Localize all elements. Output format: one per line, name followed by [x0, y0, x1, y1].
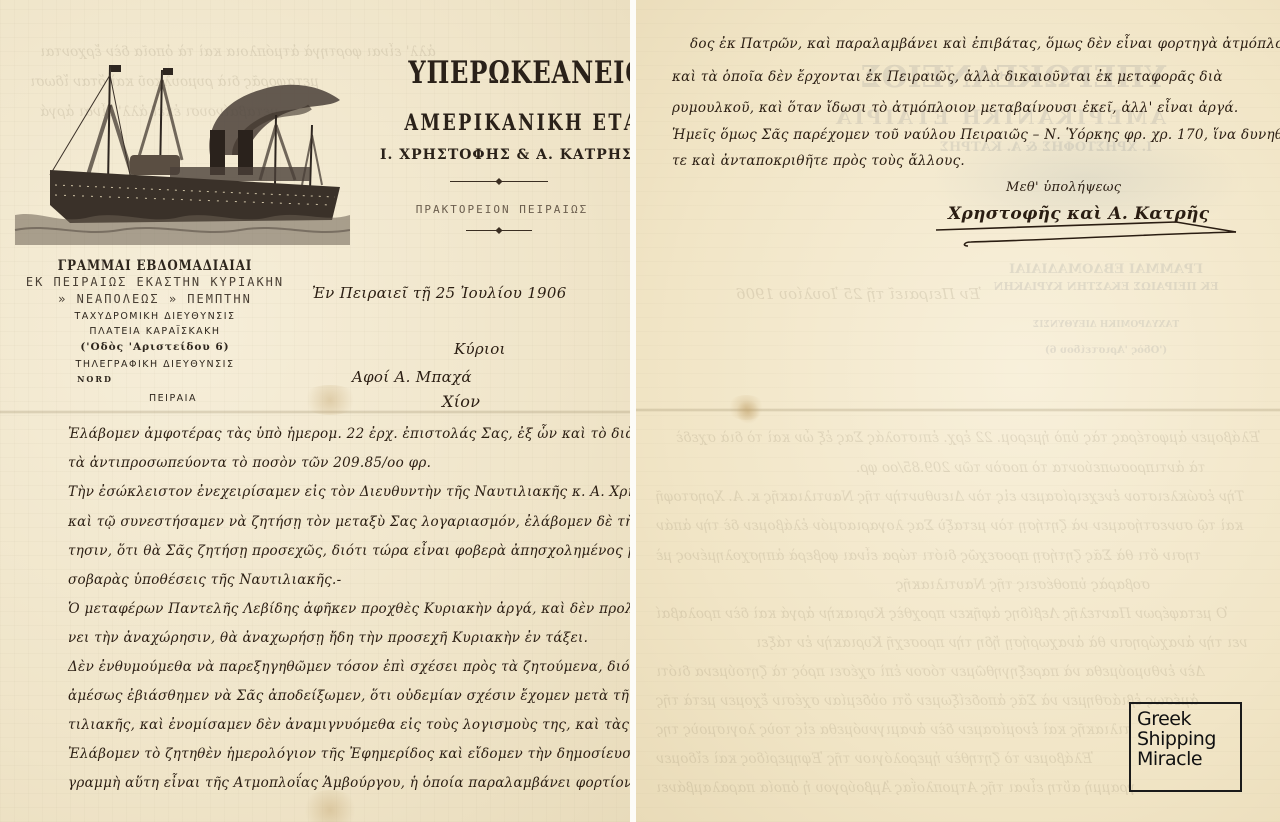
paper-stain [300, 385, 360, 415]
letter-line: καὶ τῷ συνεστήσαμεν νὰ ζητήσῃ τὸν μεταξὺ… [68, 514, 630, 530]
bleed-through-text: Δὲν ἐνθυμούμεθα νὰ παρεξηγηθῶμεν τόσον ἐ… [656, 664, 1205, 680]
bleed-through-address: ('Οδὸς 'Αριστείδου 6) [996, 345, 1216, 356]
left-page: ἀλλ' εἶναι φορτηγὰ ἀτμόπλοια καὶ τὰ ὁποῖ… [0, 0, 630, 822]
bleed-through-text: τὰ ἀντιπροσωπεύοντα τὸ ποσὸν τῶν 209.85/… [856, 460, 1205, 476]
telegraph-address-label: ΤΗΛΕΓΡΑΦΙΚΗ ΔΙΕΥΘΥΝΣΙΣ [0, 359, 310, 370]
letter-line: σοβαρὰς ὑποθέσεις τῆς Ναυτιλιακῆς.- [68, 572, 341, 588]
bleed-through-text: Ὁ μεταφέρων Παντελῆς Λεβίδης ἀφῆκεν προχ… [656, 606, 1228, 622]
bleed-through-text: ἀμέσως ἐβιάσθημεν νὰ Σᾶς ἀποδείξωμεν ὅτι… [656, 693, 1199, 709]
paper-stain [736, 400, 760, 424]
salutation: Κύριοι [454, 340, 506, 358]
bleed-through-text: τιλιακῆς καὶ ἐνομίσαμεν δὲν ἀναμιγνυόμεθ… [656, 722, 1131, 738]
letter-line: τιλιακῆς, καὶ ἐνομίσαμεν δὲν ἀναμιγνυόμε… [68, 717, 630, 733]
logo-line-2: Shipping [1137, 729, 1234, 749]
right-page: ΥΠΕΡΩΚΕΑΝΕΙΟΣ ΑΜΕΡΙΚΑΝΙΚΗ ΕΤΑΙΡΙΑ Ι. ΧΡΗ… [636, 0, 1280, 822]
company-title: ΥΠΕΡΩΚΕΑΝΕΙΟΣ [408, 55, 595, 91]
bleed-through-text: σοβαρὰς ὑποθέσεις τῆς Ναυτιλιακῆς [896, 577, 1150, 593]
logo-line-1: Greek [1137, 709, 1234, 729]
bleed-through-text: γραμμὴ αὕτη εἶναι τῆς Ατμοπλοΐας Ἁμβούργ… [656, 780, 1136, 796]
recipient-name: Αφοί Α. Μπαχά [352, 368, 472, 386]
letter-line: δος ἐκ Πατρῶν, καὶ παραλαμβάνει καὶ ἐπιβ… [690, 36, 1280, 52]
letter-line: τε καὶ ἀνταποκριθῆτε πρὸς τοὺς ἄλλους. [672, 153, 965, 169]
letter-line: γραμμὴ αὕτη εἶναι τῆς Ατμοπλοΐας Ἁμβούργ… [68, 775, 630, 791]
letter-line: καὶ τὰ ὁποῖα δὲν ἔρχονται ἐκ Πειραιῶς, ἀ… [672, 69, 1223, 85]
letter-line: Δὲν ἐνθυμούμεθα νὰ παρεξηγηθῶμεν τόσον ἐ… [68, 659, 630, 675]
route-line-2: » ΝΕΑΠΟΛΕΩΣ » ΠΕΜΠΤΗΝ [0, 292, 310, 306]
logo-line-3: Miracle [1137, 749, 1234, 769]
bleed-through-text: Ἐλάβομεν ἀμφοτέρας τὰς ὑπὸ ἡμερομ. 22 ἐρ… [676, 430, 1261, 446]
bleed-through-text: Ἐλάβομεν τὸ ζητηθὲν ἡμερολόγιον τῆς Ἐφημ… [656, 751, 1094, 767]
ornamental-rule [450, 181, 548, 182]
closing: Μεθ' ὑπολήψεως [1006, 180, 1121, 195]
bleed-through-address: ΕΚ ΠΕΙΡΑΙΩΣ ΕΚΑΣΤΗΝ ΚΥΡΙΑΚΗΝ [966, 280, 1246, 293]
bleed-through-address: ΤΑΧΥΔΡΟΜΙΚΗ ΔΙΕΥΘΥΝΣΙΣ [986, 320, 1226, 330]
letter-line: τὰ ἀντιπροσωπεύοντα τὸ ποσὸν τῶν 209.85/… [68, 455, 431, 471]
company-partners: Ι. ΧΡΗΣΤΟΦΗΣ & Α. ΚΑΤΡΗΣ [380, 147, 624, 163]
greek-shipping-miracle-logo: Greek Shipping Miracle [1129, 702, 1242, 792]
weekly-lines-heading: ΓΡΑΜΜΑΙ ΕΒΔΟΜΑΔΙΑΙΑΙ [23, 258, 287, 274]
bleed-through-text: νει τὴν ἀναχώρησιν θὰ ἀναχωρήσῃ ἤδη τὴν … [756, 635, 1248, 651]
bleed-through-text: τησιν ὅτι θὰ Σᾶς ζητήσῃ προσεχῶς διότι τ… [656, 548, 1201, 564]
letter-line: νει τὴν ἀναχώρησιν, θὰ ἀναχωρήσῃ ἤδη τὴν… [68, 630, 588, 646]
letter-line: Ὁ μεταφέρων Παντελῆς Λεβίδης ἀφῆκεν προχ… [68, 601, 630, 617]
steamship-illustration [10, 45, 350, 245]
letter-line: ρυμουλκοῦ, καὶ ὅταν ἴδωσι τὸ ἀτμόπλοιον … [672, 100, 1239, 116]
letter-line: Ἐλάβομεν τὸ ζητηθὲν ἡμερολόγιον τῆς Ἐφημ… [68, 746, 630, 762]
route-line-1: ΕΚ ΠΕΙΡΑΙΩΣ ΕΚΑΣΤΗΝ ΚΥΡΙΑΚΗΝ [0, 275, 310, 289]
bleed-through-text: Ἐν Πειραιεῖ τῇ 25 Ἰουλίου 1906 [736, 285, 982, 303]
ornamental-rule [466, 230, 532, 231]
paper-stain [300, 790, 360, 822]
bleed-through-text: Τὴν ἐσώκλειστον ἐνεχειρίσαμεν εἰς τὸν Δι… [656, 489, 1244, 505]
letter-line: ἀμέσως ἐβιάσθημεν νὰ Σᾶς ἀποδείξωμεν, ὅτ… [68, 688, 630, 704]
recipient-place: Χίον [442, 392, 480, 411]
postal-address-label: ΤΑΧΥΔΡΟΜΙΚΗ ΔΙΕΥΘΥΝΣΙΣ [0, 311, 310, 322]
letter-line: τησιν, ὅτι θὰ Σᾶς ζητήσῃ προσεχῶς, διότι… [68, 543, 630, 559]
letter-line: Ἐλάβομεν ἀμφοτέρας τὰς ὑπὸ ἡμερομ. 22 ἐρ… [68, 426, 630, 442]
letter-line: Ἡμεῖς ὅμως Σᾶς παρέχομεν τοῦ ναύλου Πειρ… [672, 127, 1280, 143]
bleed-through-address: ΓΡΑΜΜΑΙ ΕΒΔΟΜΑΔΙΑΙΑΙ [996, 262, 1216, 277]
company-subtitle: ΑΜΕΡΙΚΑΝΙΚΗ ΕΤΑΙΡΙΑ [404, 110, 599, 136]
telegraph-code: NORD [0, 374, 250, 384]
street-address: ('Οδὸς 'Αριστείδου 6) [0, 341, 310, 353]
office-label: ΠΡΑΚΤΟΡΕΙΟΝ ΠΕΙΡΑΙΩΣ [380, 203, 624, 216]
signature-flourish [926, 200, 1246, 250]
bleed-through-text: καὶ τῷ συνεστήσαμεν νὰ ζητήσῃ τὸν μεταξὺ… [656, 518, 1243, 534]
dateline: Ἐν Πειραιεῖ τῇ 25 Ἰουλίου 1906 [312, 284, 567, 302]
city-name: ΠΕΙΡΑΙΑ [18, 393, 328, 404]
square-name: ΠΛΑΤΕΙΑ ΚΑΡΑΪΣΚΑΚΗ [0, 326, 310, 337]
letter-line: Τὴν ἐσώκλειστον ἐνεχειρίσαμεν εἰς τὸν Δι… [68, 484, 630, 500]
